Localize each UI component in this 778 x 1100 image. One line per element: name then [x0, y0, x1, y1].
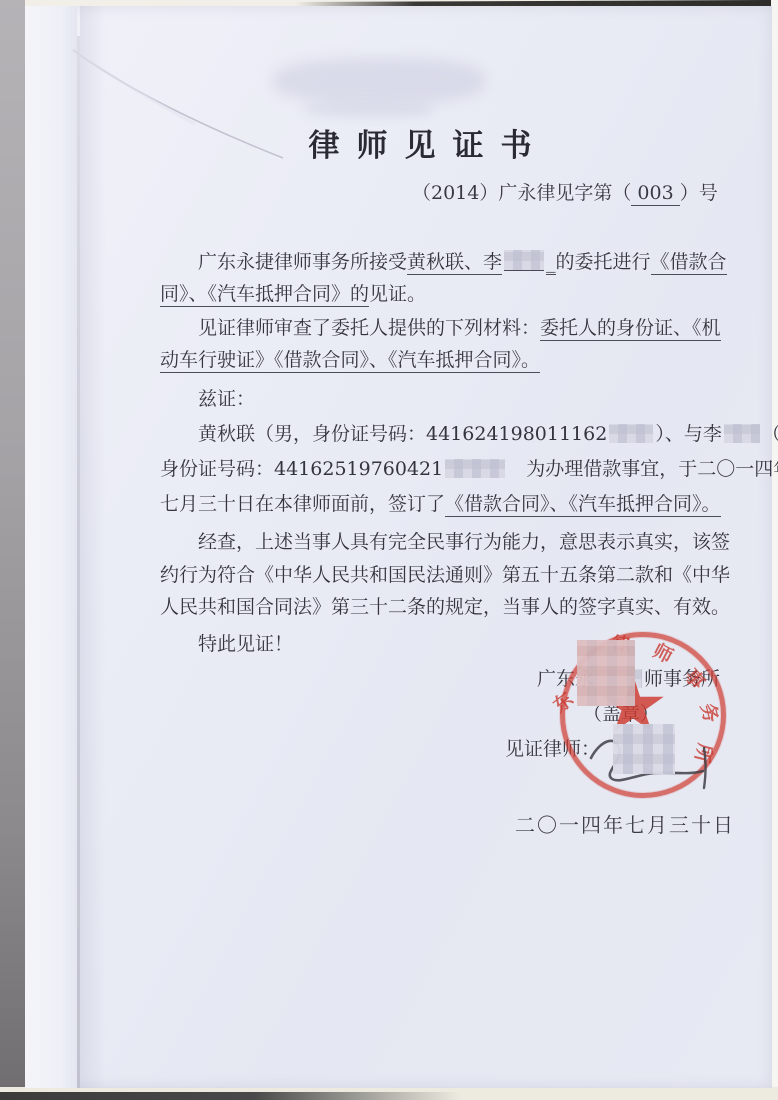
- redaction-mosaic-firm-name: [577, 640, 635, 706]
- redaction-mosaic-signature: [613, 724, 675, 774]
- lawyer-signature: [25, 6, 772, 1088]
- scanner-edge-left: [0, 0, 25, 1100]
- document-paper: 律师见证书 （2014）广永律见字第（ 003 ）号 广东永捷律师事务所接受黄秋…: [25, 6, 772, 1088]
- scanner-edge-right: [771, 0, 778, 1100]
- scanner-shadow-bottom: [0, 1092, 460, 1100]
- scanned-page: 律师见证书 （2014）广永律见字第（ 003 ）号 广东永捷律师事务所接受黄秋…: [0, 0, 778, 1100]
